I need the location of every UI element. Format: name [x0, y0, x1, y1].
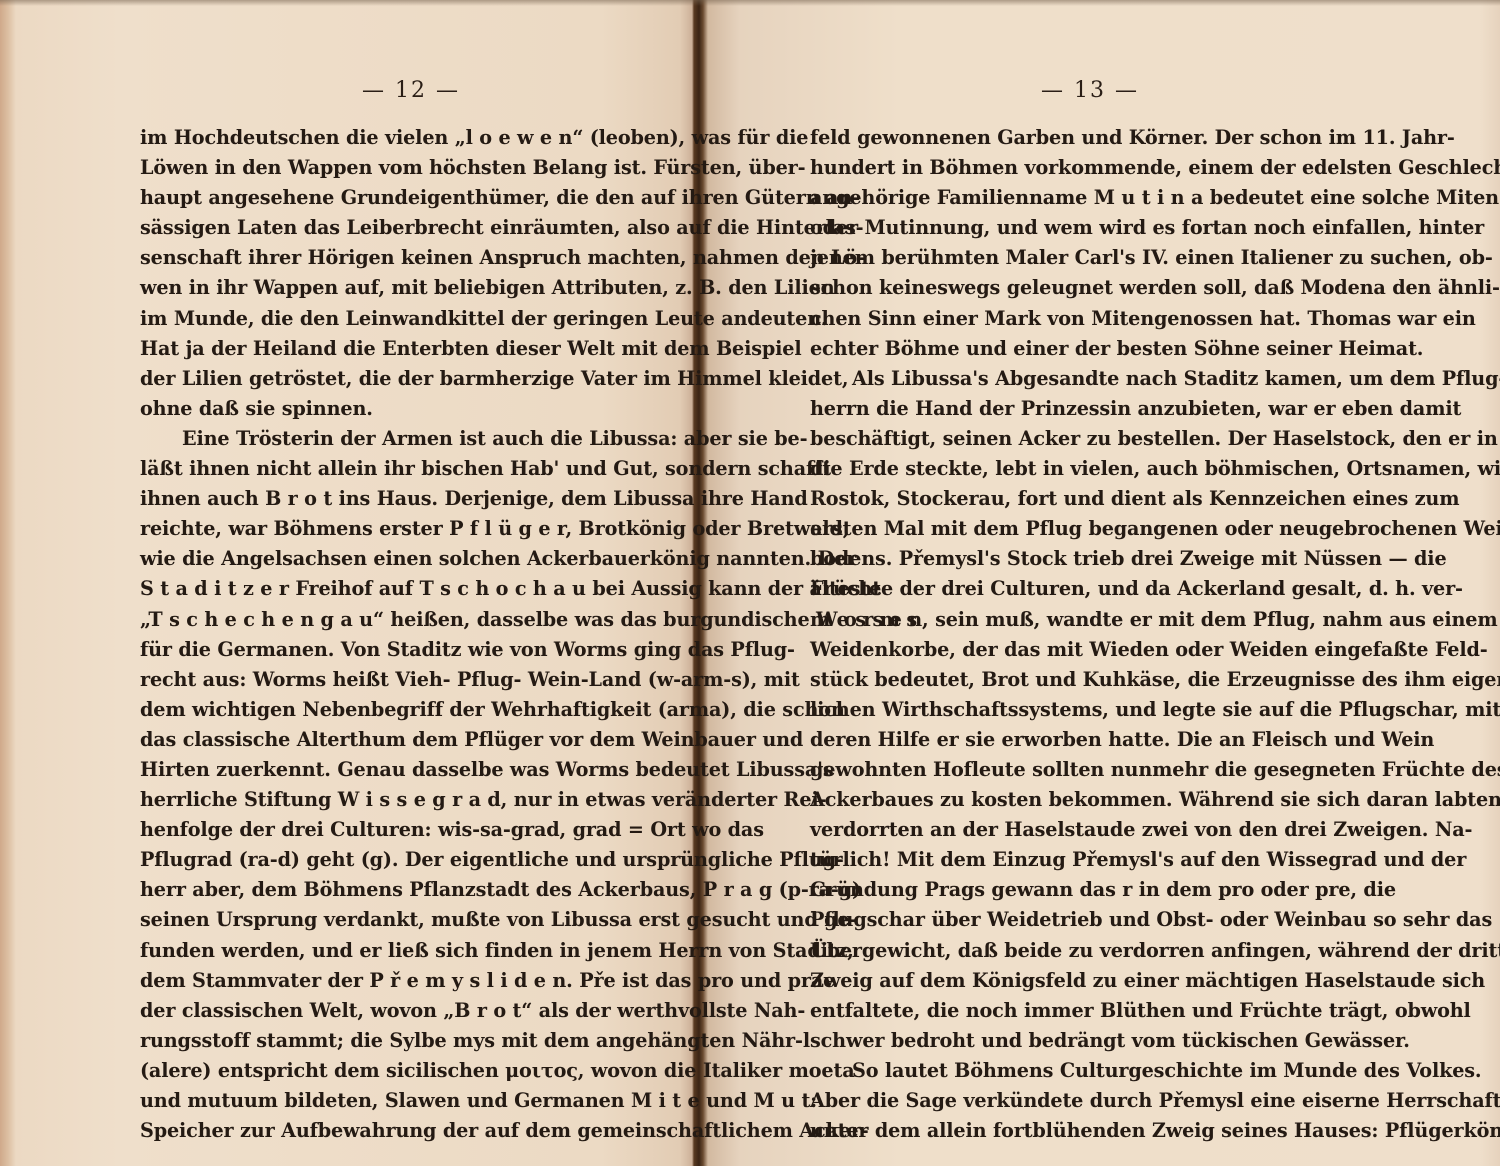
- text-line: Pflugrad (ra-d) geht (g). Der eigentlich…: [140, 845, 683, 875]
- text-line: herrn die Hand der Prinzessin anzubieten…: [810, 394, 1383, 424]
- text-line: Zweig auf dem Königsfeld zu einer mächti…: [810, 966, 1383, 996]
- text-line: recht aus: Worms heißt Vieh- Pflug- Wein…: [140, 665, 683, 695]
- text-line: oder Mutinnung, und wem wird es fortan n…: [810, 213, 1383, 243]
- text-line: das classische Alterthum dem Pflüger vor…: [140, 725, 683, 755]
- text-line: ohne daß sie spinnen.: [140, 394, 683, 424]
- text-line: seinen Ursprung verdankt, mußte von Libu…: [140, 905, 683, 935]
- text-line: entfaltete, die noch immer Blüthen und F…: [810, 996, 1383, 1026]
- text-line: m e s s e n, sein muß, wandte er mit dem…: [810, 605, 1383, 635]
- text-line: herrliche Stiftung W i s s e g r a d, nu…: [140, 785, 683, 815]
- left-page-body: im Hochdeutschen die vielen „l o e w e n…: [140, 123, 683, 1146]
- text-line: der Lilien getröstet, die der barmherzig…: [140, 364, 683, 394]
- text-line: Hat ja der Heiland die Enterbten dieser …: [140, 334, 683, 364]
- text-line: die Erde steckte, lebt in vielen, auch b…: [810, 454, 1383, 484]
- text-line: beschäftigt, seinen Acker zu bestellen. …: [810, 424, 1383, 454]
- text-line: Aber die Sage verkündete durch Přemysl e…: [810, 1086, 1383, 1116]
- text-line: So lautet Böhmens Culturgeschichte im Mu…: [810, 1056, 1383, 1086]
- text-line: feld gewonnenen Garben und Körner. Der s…: [810, 123, 1383, 153]
- text-line: im Hochdeutschen die vielen „l o e w e n…: [140, 123, 683, 153]
- left-page: — 12 — im Hochdeutschen die vielen „l o …: [0, 0, 694, 1166]
- text-line: läßt ihnen nicht allein ihr bischen Hab'…: [140, 454, 683, 484]
- text-line: gewohnten Hofleute sollten nunmehr die g…: [810, 755, 1383, 785]
- text-line: rungsstoff stammt; die Sylbe mys mit dem…: [140, 1026, 683, 1056]
- text-line: dem wichtigen Nebenbegriff der Wehrhafti…: [140, 695, 683, 725]
- text-line: deren Hilfe er sie erworben hatte. Die a…: [810, 725, 1383, 755]
- text-line: Löwen in den Wappen vom höchsten Belang …: [140, 153, 683, 183]
- text-line: angehörige Familienname M u t i n a bede…: [810, 183, 1383, 213]
- text-line: Weidenkorbe, der das mit Wieden oder Wei…: [810, 635, 1383, 665]
- text-line: henfolge der drei Culturen: wis-sa-grad,…: [140, 815, 683, 845]
- right-page-body: feld gewonnenen Garben und Körner. Der s…: [810, 123, 1383, 1146]
- text-line: lichen Wirthschaftssystems, und legte si…: [810, 695, 1383, 725]
- text-line: schon keineswegs geleugnet werden soll, …: [810, 273, 1383, 303]
- text-line: chen Sinn einer Mark von Mitengenossen h…: [810, 304, 1383, 334]
- page-number-left: — 12 —: [362, 78, 460, 103]
- text-line: Früchte der drei Culturen, und da Ackerl…: [810, 574, 1383, 604]
- text-line: türlich! Mit dem Einzug Přemysl's auf de…: [810, 845, 1383, 875]
- text-line: bodens. Přemysl's Stock trieb drei Zweig…: [810, 544, 1383, 574]
- text-line: sässigen Laten das Leiberbrecht einräumt…: [140, 213, 683, 243]
- text-line: Gründung Prags gewann das r in dem pro o…: [810, 875, 1383, 905]
- text-line: im Munde, die den Leinwandkittel der ger…: [140, 304, 683, 334]
- text-line: Übergewicht, daß beide zu verdorren anfi…: [810, 936, 1383, 966]
- text-line: ihnen auch B r o t ins Haus. Derjenige, …: [140, 484, 683, 514]
- text-line: Hirten zuerkennt. Genau dasselbe was Wor…: [140, 755, 683, 785]
- text-line: verdorrten an der Haselstaude zwei von d…: [810, 815, 1383, 845]
- text-line: jenem berühmten Maler Carl's IV. einen I…: [810, 243, 1383, 273]
- text-line: Eine Trösterin der Armen ist auch die Li…: [140, 424, 683, 454]
- text-line: wie die Angelsachsen einen solchen Acker…: [140, 544, 683, 574]
- text-line: Rostok, Stockerau, fort und dient als Ke…: [810, 484, 1383, 514]
- text-line: hundert in Böhmen vorkommende, einem der…: [810, 153, 1383, 183]
- text-line: S t a d i t z e r Freihof auf T s c h o …: [140, 574, 683, 604]
- text-line: wen in ihr Wappen auf, mit beliebigen At…: [140, 273, 683, 303]
- book-spread: — 12 — im Hochdeutschen die vielen „l o …: [0, 0, 1500, 1166]
- text-line: haupt angesehene Grundeigenthümer, die d…: [140, 183, 683, 213]
- text-line: echter Böhme und einer der besten Söhne …: [810, 334, 1383, 364]
- text-line: ersten Mal mit dem Pflug begangenen oder…: [810, 514, 1383, 544]
- text-line: reichte, war Böhmens erster P f l ü g e …: [140, 514, 683, 544]
- text-line: Speicher zur Aufbewahrung der auf dem ge…: [140, 1116, 683, 1146]
- text-line: herr aber, dem Böhmens Pflanzstadt des A…: [140, 875, 683, 905]
- text-line: dem Stammvater der P ř e m y s l i d e n…: [140, 966, 683, 996]
- text-line: unter dem allein fortblühenden Zweig sei…: [810, 1116, 1383, 1146]
- text-line: der classischen Welt, wovon „B r o t“ al…: [140, 996, 683, 1026]
- text-line: für die Germanen. Von Staditz wie von Wo…: [140, 635, 683, 665]
- text-line: Als Libussa's Abgesandte nach Staditz ka…: [810, 364, 1383, 394]
- text-line: Ackerbaues zu kosten bekommen. Während s…: [810, 785, 1383, 815]
- text-line: und mutuum bildeten, Slawen und Germanen…: [140, 1086, 683, 1116]
- text-line: senschaft ihrer Hörigen keinen Anspruch …: [140, 243, 683, 273]
- text-line: (alere) entspricht dem sicilischen μοιτο…: [140, 1056, 683, 1086]
- text-line: stück bedeutet, Brot und Kuhkäse, die Er…: [810, 665, 1383, 695]
- text-line: schwer bedroht und bedrängt vom tückisch…: [810, 1026, 1383, 1056]
- text-line: Pflugschar über Weidetrieb und Obst- ode…: [810, 905, 1383, 935]
- right-page: — 13 — feld gewonnenen Garben und Körner…: [703, 0, 1500, 1166]
- text-line: funden werden, und er ließ sich finden i…: [140, 936, 683, 966]
- page-number-right: — 13 —: [1041, 78, 1139, 103]
- text-line: „T s c h e c h e n g a u“ heißen, dassel…: [140, 605, 683, 635]
